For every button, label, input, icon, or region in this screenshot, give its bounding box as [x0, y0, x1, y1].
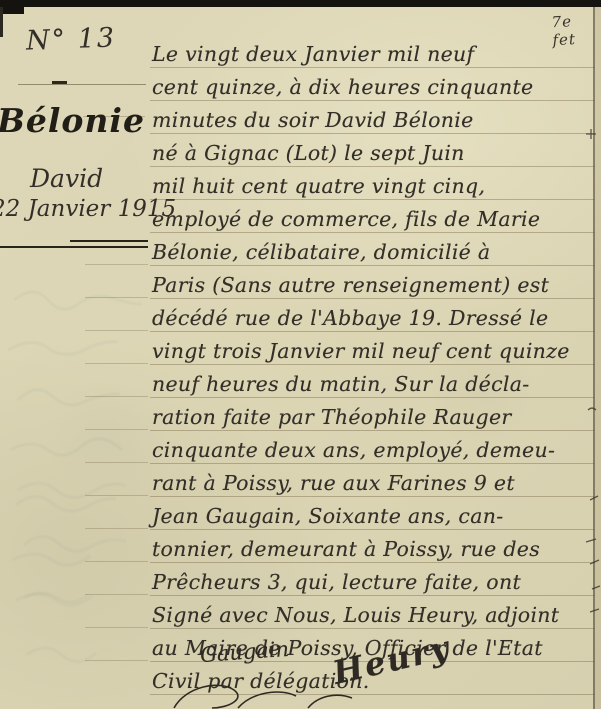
act-body-line: minutes du soir David Bélonie [152, 102, 598, 135]
act-body-line: Prêcheurs 3, qui, lecture faite, ont [152, 564, 598, 597]
margin-surname: Bélonie [0, 101, 145, 140]
margin-rule [18, 84, 146, 85]
bleed-through-ghost-writing [4, 280, 154, 610]
bleed-through-ghost-writing [10, 470, 150, 690]
scan-edge-left [0, 7, 3, 37]
act-body-line: Paris (Sans autre renseignement) est [152, 267, 598, 300]
scan-edge-corner [0, 5, 24, 14]
act-body-line: vingt trois Janvier mil neuf cent quinze [152, 333, 598, 366]
act-body-line: mil huit cent quatre vingt cinq, [152, 168, 598, 201]
act-body-line: neuf heures du matin, Sur la décla- [152, 366, 598, 399]
act-number: N° 13 [25, 22, 116, 56]
act-body-line: cinquante deux ans, employé, demeu- [152, 432, 598, 465]
signature-partial-cutoff [168, 678, 358, 709]
margin-date: 22 Janvier 1915 [0, 196, 176, 222]
margin-double-rule [70, 240, 148, 242]
margin-given-name: David [30, 164, 103, 193]
scan-edge-top [0, 0, 601, 7]
margin-dash [52, 81, 67, 84]
act-body-line: Bélonie, célibataire, domicilié à [152, 234, 598, 267]
act-body-line: cent quinze, à dix heures cinquante [152, 69, 598, 102]
act-body-line: Le vingt deux Janvier mil neuf [152, 36, 598, 69]
act-body-line: décédé rue de l'Abbaye 19. Dressé le [152, 300, 598, 333]
act-body-line: Jean Gaugain, Soixante ans, can- [152, 498, 598, 531]
act-body-line: né à Gignac (Lot) le sept Juin [152, 135, 598, 168]
act-body: Le vingt deux Janvier mil neufcent quinz… [152, 36, 598, 696]
act-body-line: employé de commerce, fils de Marie [152, 201, 598, 234]
register-page-scan: 7e fet N° 13 Bélonie David 22 Janvier 19… [0, 0, 601, 709]
page-edge-marks [578, 0, 601, 709]
act-body-line: rant à Poissy, rue aux Farines 9 et [152, 465, 598, 498]
margin-double-rule [0, 246, 148, 248]
act-body-line: Signé avec Nous, Louis Heury, adjoint [152, 597, 598, 630]
act-body-line: ration faite par Théophile Rauger [152, 399, 598, 432]
act-body-line: tonnier, demeurant à Poissy, rue des [152, 531, 598, 564]
ruled-lines-margin [85, 233, 148, 680]
